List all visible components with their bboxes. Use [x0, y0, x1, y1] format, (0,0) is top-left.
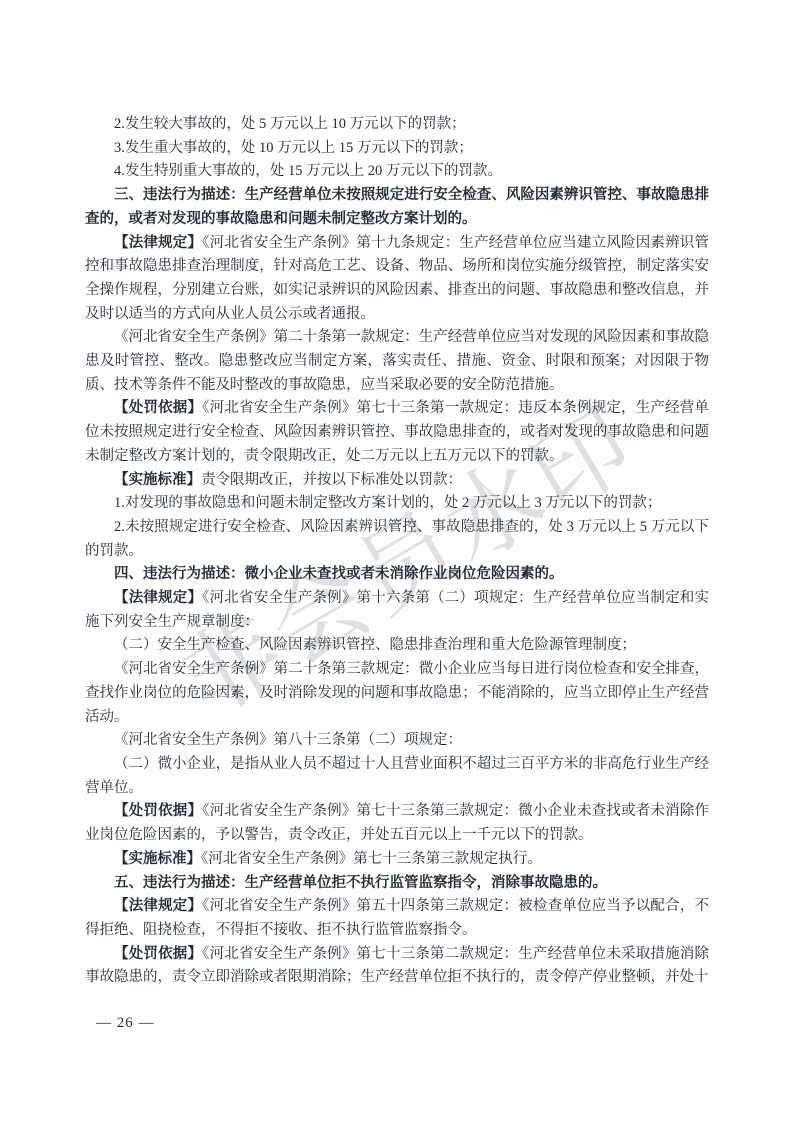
paragraph: 【法律规定】《河北省安全生产条例》第五十四条第三款规定：被检查单位应当予以配合，… — [85, 895, 709, 942]
paragraph: （二）微小企业，是指从业人员不超过十人且营业面积不超过三百平方米的非高危行业生产… — [85, 753, 709, 800]
paragraph: 【处罚依据】《河北省安全生产条例》第七十三条第三款规定：微小企业未查找或者未消除… — [85, 800, 709, 847]
clause-label: 【处罚依据】 — [114, 946, 202, 962]
paragraph: 【实施标准】《河北省安全生产条例》第七十三条第三款规定执行。 — [85, 848, 709, 872]
paragraph: 《河北省安全生产条例》第二十条第一款规定：生产经营单位应当对发现的风险因素和事故… — [85, 326, 709, 397]
clause-label: 【实施标准】 — [114, 472, 201, 488]
paragraph: 3.发生重大事故的，处 10 万元以上 15 万元以下的罚款； — [85, 137, 709, 161]
paragraph: 2.发生较大事故的，处 5 万元以上 10 万元以下的罚款； — [85, 113, 709, 137]
paragraph: 【法律规定】《河北省安全生产条例》第十九条规定：生产经营单位应当建立风险因素辨识… — [85, 232, 709, 327]
paragraph: 2.未按照规定进行安全检查、风险因素辨识管控、事故隐患排查的，处 3 万元以上 … — [85, 516, 709, 563]
document-content: 2.发生较大事故的，处 5 万元以上 10 万元以下的罚款；3.发生重大事故的，… — [85, 113, 709, 990]
section-heading: 三、违法行为描述：生产经营单位未按照规定进行安全检查、风险因素辨识管控、事故隐患… — [85, 184, 709, 231]
paragraph: （二）安全生产检查、风险因素辨识管控、隐患排查治理和重大危险源管理制度； — [85, 634, 709, 658]
paragraph: 【处罚依据】《河北省安全生产条例》第七十三条第二款规定：生产经营单位未采取措施消… — [85, 943, 709, 990]
page-number: — 26 — — [96, 1012, 155, 1034]
clause-label: 【法律规定】 — [114, 590, 202, 606]
section-heading: 四、违法行为描述：微小企业未查找或者未消除作业岗位危险因素的。 — [85, 563, 709, 587]
clause-label: 【法律规定】 — [114, 898, 202, 914]
paragraph: 《河北省安全生产条例》第八十三条第（二）项规定： — [85, 729, 709, 753]
paragraph: 【处罚依据】《河北省安全生产条例》第七十三条第一款规定：违反本条例规定，生产经营… — [85, 397, 709, 468]
document-page: 非会员水印 2.发生较大事故的，处 5 万元以上 10 万元以下的罚款；3.发生… — [0, 0, 793, 1122]
paragraph: 1.对发现的事故隐患和问题未制定整改方案计划的，处 2 万元以上 3 万元以下的… — [85, 492, 709, 516]
clause-label: 【处罚依据】 — [114, 803, 202, 819]
clause-label: 【法律规定】 — [114, 235, 202, 251]
paragraph: 【法律规定】《河北省安全生产条例》第十六条第（二）项规定：生产经营单位应当制定和… — [85, 587, 709, 634]
paragraph: 【实施标准】责令限期改正，并按以下标准处以罚款： — [85, 469, 709, 493]
paragraph: 《河北省安全生产条例》第二十条第三款规定：微小企业应当每日进行岗位检查和安全排查… — [85, 658, 709, 729]
clause-label: 【处罚依据】 — [114, 400, 202, 416]
section-heading: 五、违法行为描述：生产经营单位拒不执行监管监察指令，消除事故隐患的。 — [85, 872, 709, 896]
paragraph: 4.发生特别重大事故的，处 15 万元以上 20 万元以下的罚款。 — [85, 160, 709, 184]
clause-label: 【实施标准】 — [114, 851, 201, 867]
